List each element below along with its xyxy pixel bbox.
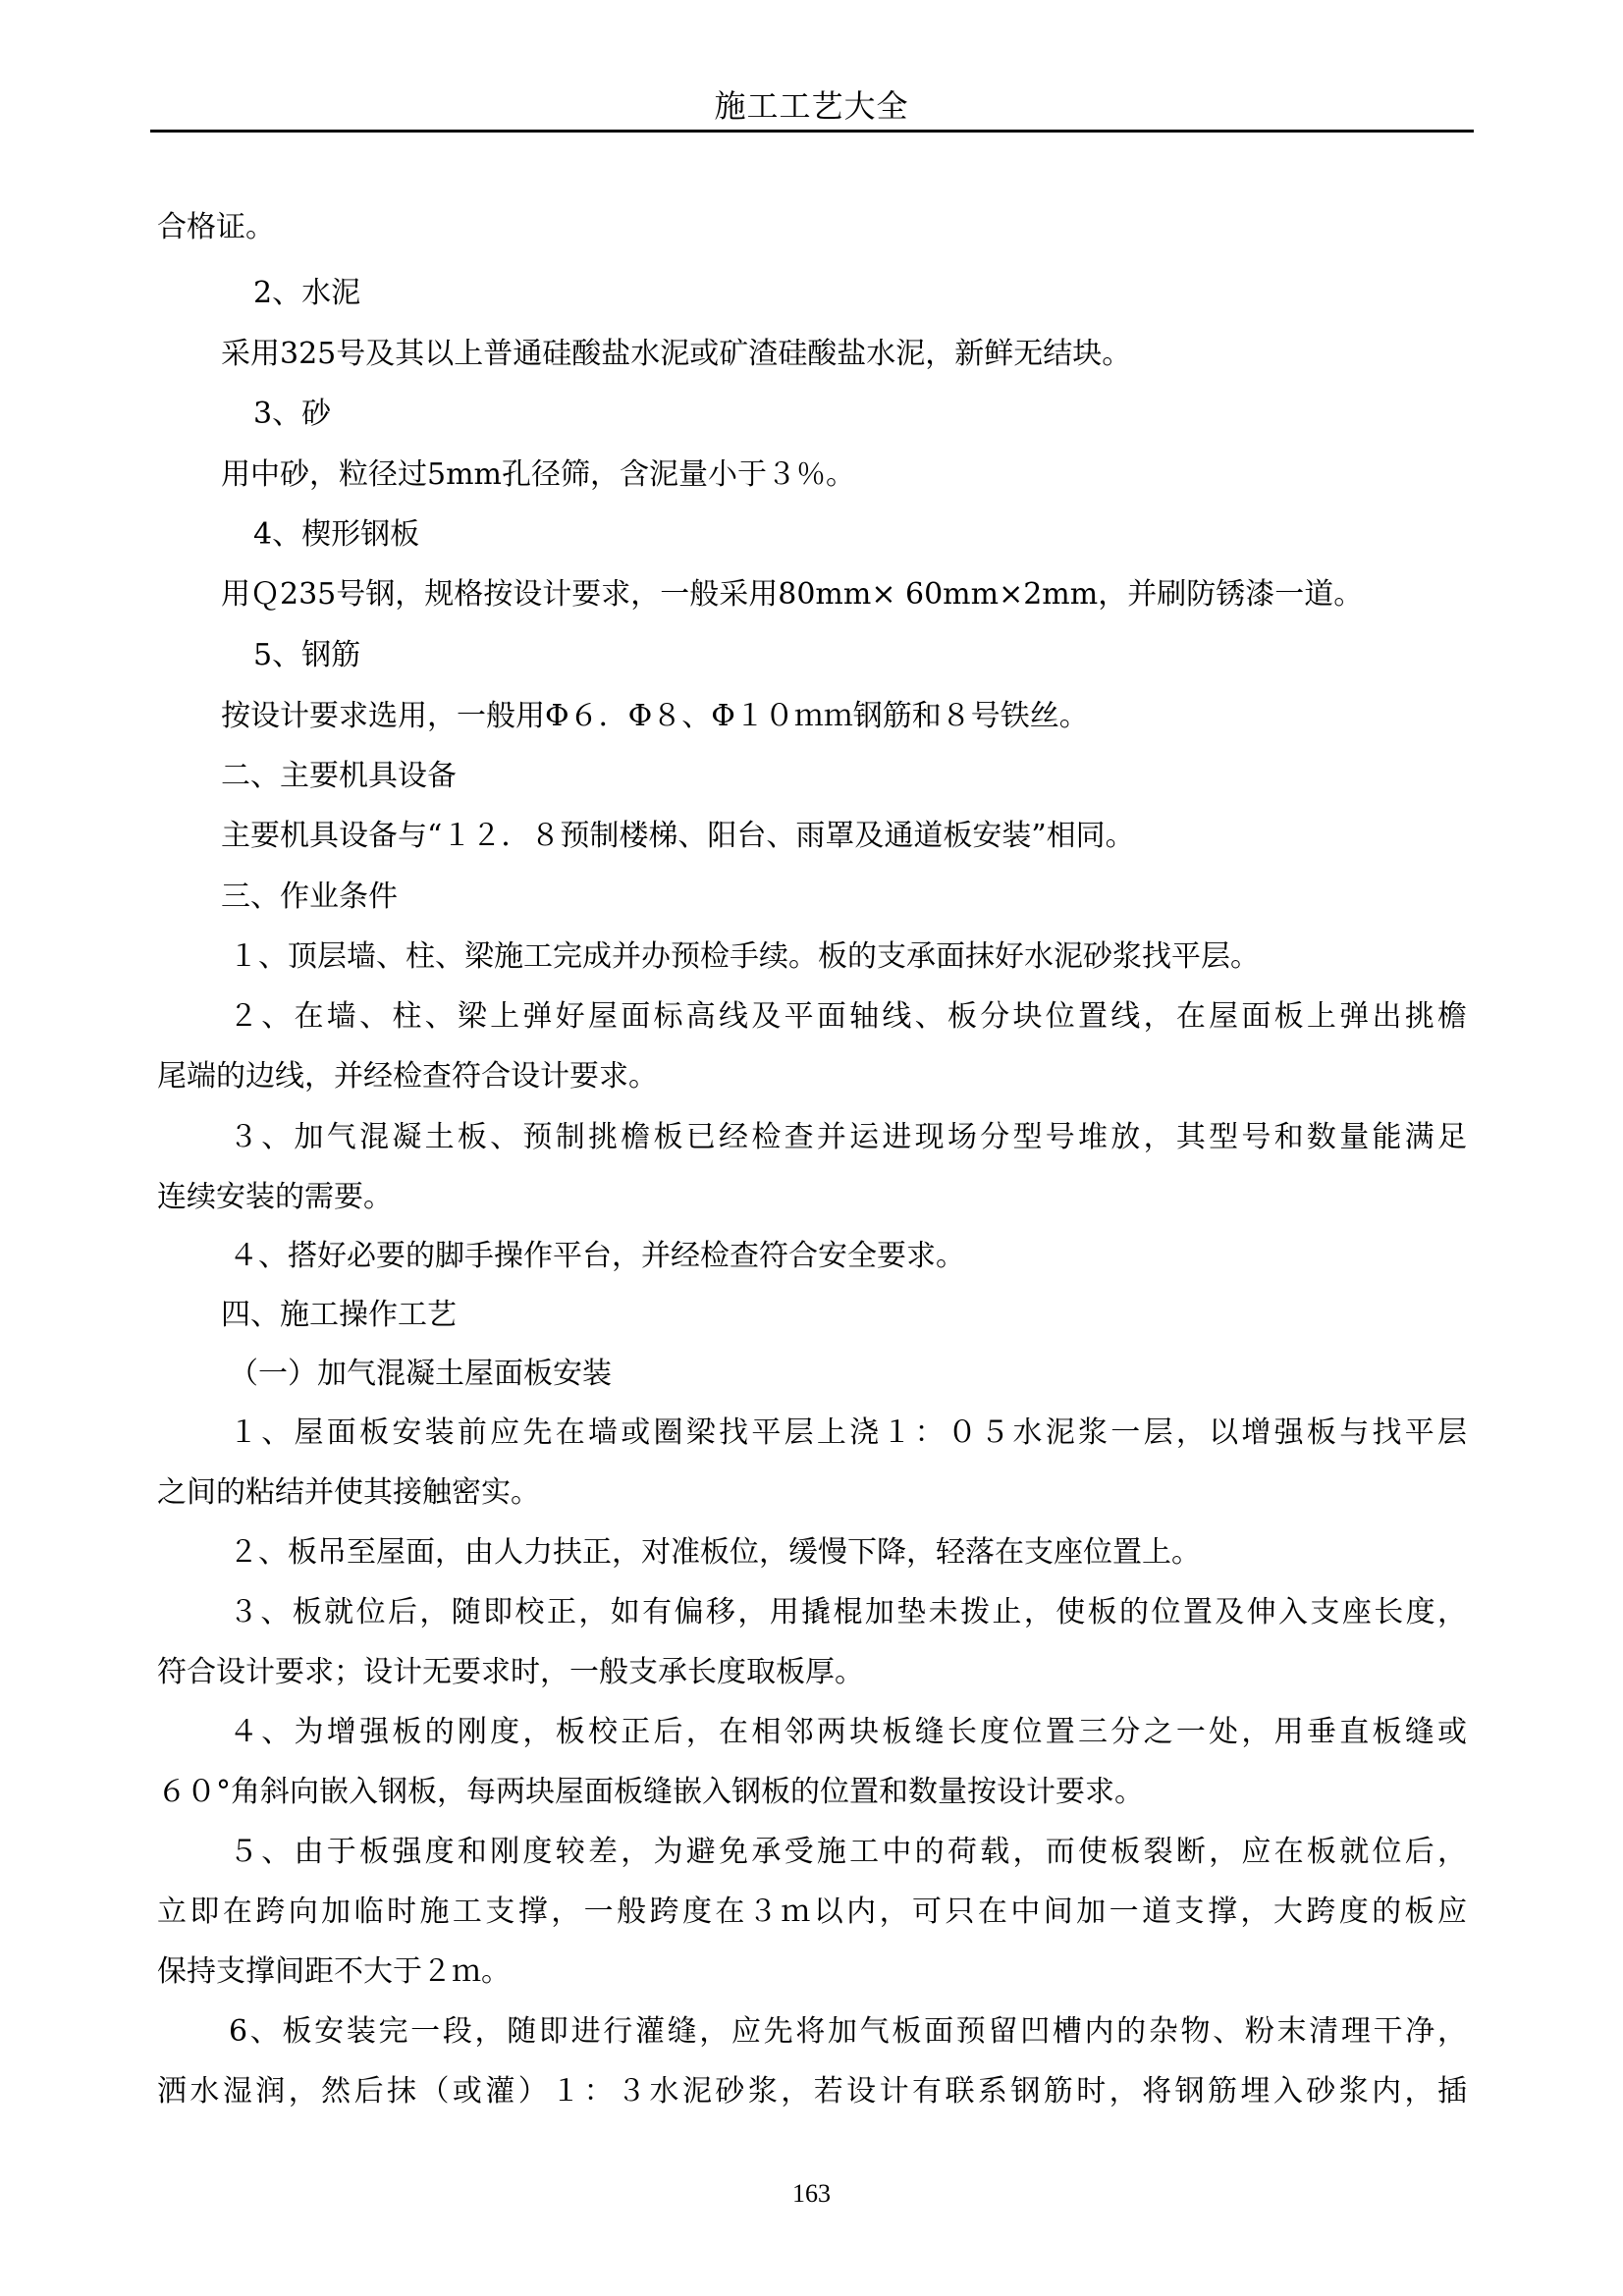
text-line: 二、主要机具设备: [221, 759, 457, 794]
text-line: ２、板吊至屋面，由人力扶正，对准板位，缓慢下降，轻落在支座位置上。: [229, 1535, 1201, 1571]
text-line: 3、砂: [253, 397, 331, 432]
text-line: 三、作业条件: [221, 880, 398, 915]
running-header-title: 施工工艺大全: [0, 86, 1623, 126]
text-line: 5、钢筋: [253, 638, 360, 673]
header-divider: [150, 130, 1474, 133]
text-line: 尾端的边线，并经检查符合设计要求。: [157, 1059, 658, 1095]
text-line: 用中砂，粒径过5mm孔径筛，含泥量小于３％。: [221, 457, 855, 493]
text-line: 立即在跨向加临时施工支撑，一般跨度在３ｍ以内，可只在中间加一道支撑，大跨度的板应: [157, 1895, 1467, 1930]
text-line: 4、楔形钢板: [253, 517, 419, 553]
text-line: 连续安装的需要。: [157, 1180, 393, 1215]
document-page: 施工工艺大全 合格证。2、水泥采用325号及其以上普通硅酸盐水泥或矿渣硅酸盐水泥…: [0, 0, 1623, 2296]
text-line: 合格证。: [157, 210, 275, 245]
text-line: ５、由于板强度和刚度较差，为避免承受施工中的荷载，而使板裂断，应在板就位后，: [229, 1835, 1467, 1870]
text-line: ６０°角斜向嵌入钢板，每两块屋面板缝嵌入钢板的位置和数量按设计要求。: [157, 1775, 1144, 1810]
text-line: 按设计要求选用，一般用Φ６．Φ８、Φ１０ｍｍ钢筋和８号铁丝。: [221, 699, 1089, 734]
text-line: ３、加气混凝土板、预制挑檐板已经检查并运进现场分型号堆放，其型号和数量能满足: [229, 1120, 1467, 1155]
text-line: 用Ｑ235号钢，规格按设计要求，一般采用80mm× 60mm×2mm，并刷防锈漆…: [221, 577, 1363, 613]
text-line: ４、搭好必要的脚手操作平台，并经检查符合安全要求。: [229, 1239, 965, 1274]
text-line: ３、板就位后，随即校正，如有偏移，用撬棍加垫未拨止，使板的位置及伸入支座长度，: [229, 1595, 1467, 1630]
text-line: 2、水泥: [253, 276, 360, 311]
text-line: １、顶层墙、柱、梁施工完成并办预检手续。板的支承面抹好水泥砂浆找平层。: [229, 939, 1260, 975]
text-line: 符合设计要求；设计无要求时，一般支承长度取板厚。: [157, 1655, 864, 1690]
text-line: 保持支撑间距不大于２ｍ。: [157, 1954, 511, 1990]
text-line: 6、板安装完一段，随即进行灌缝，应先将加气板面预留凹槽内的杂物、粉末清理干净，: [229, 2014, 1467, 2050]
text-line: 洒水湿润，然后抹（或灌）１：３水泥砂浆，若设计有联系钢筋时，将钢筋埋入砂浆内，插: [157, 2074, 1467, 2109]
text-line: １、屋面板安装前应先在墙或圈梁找平层上浇１：０５水泥浆一层，以增强板与找平层: [229, 1415, 1467, 1451]
text-line: 主要机具设备与“１２．８预制楼梯、阳台、雨罩及通道板安装”相同。: [221, 819, 1135, 854]
text-line: （一）加气混凝土屋面板安装: [229, 1357, 612, 1392]
text-line: 四、施工操作工艺: [221, 1298, 457, 1333]
text-line: ２、在墙、柱、梁上弹好屋面标高线及平面轴线、板分块位置线，在屋面板上弹出挑檐: [229, 999, 1467, 1035]
page-number: 163: [0, 2179, 1623, 2209]
text-line: 之间的粘结并使其接触密实。: [157, 1475, 540, 1511]
text-line: ４、为增强板的刚度，板校正后，在相邻两块板缝长度位置三分之一处，用垂直板缝或: [229, 1715, 1467, 1750]
text-line: 采用325号及其以上普通硅酸盐水泥或矿渣硅酸盐水泥，新鲜无结块。: [221, 337, 1131, 372]
